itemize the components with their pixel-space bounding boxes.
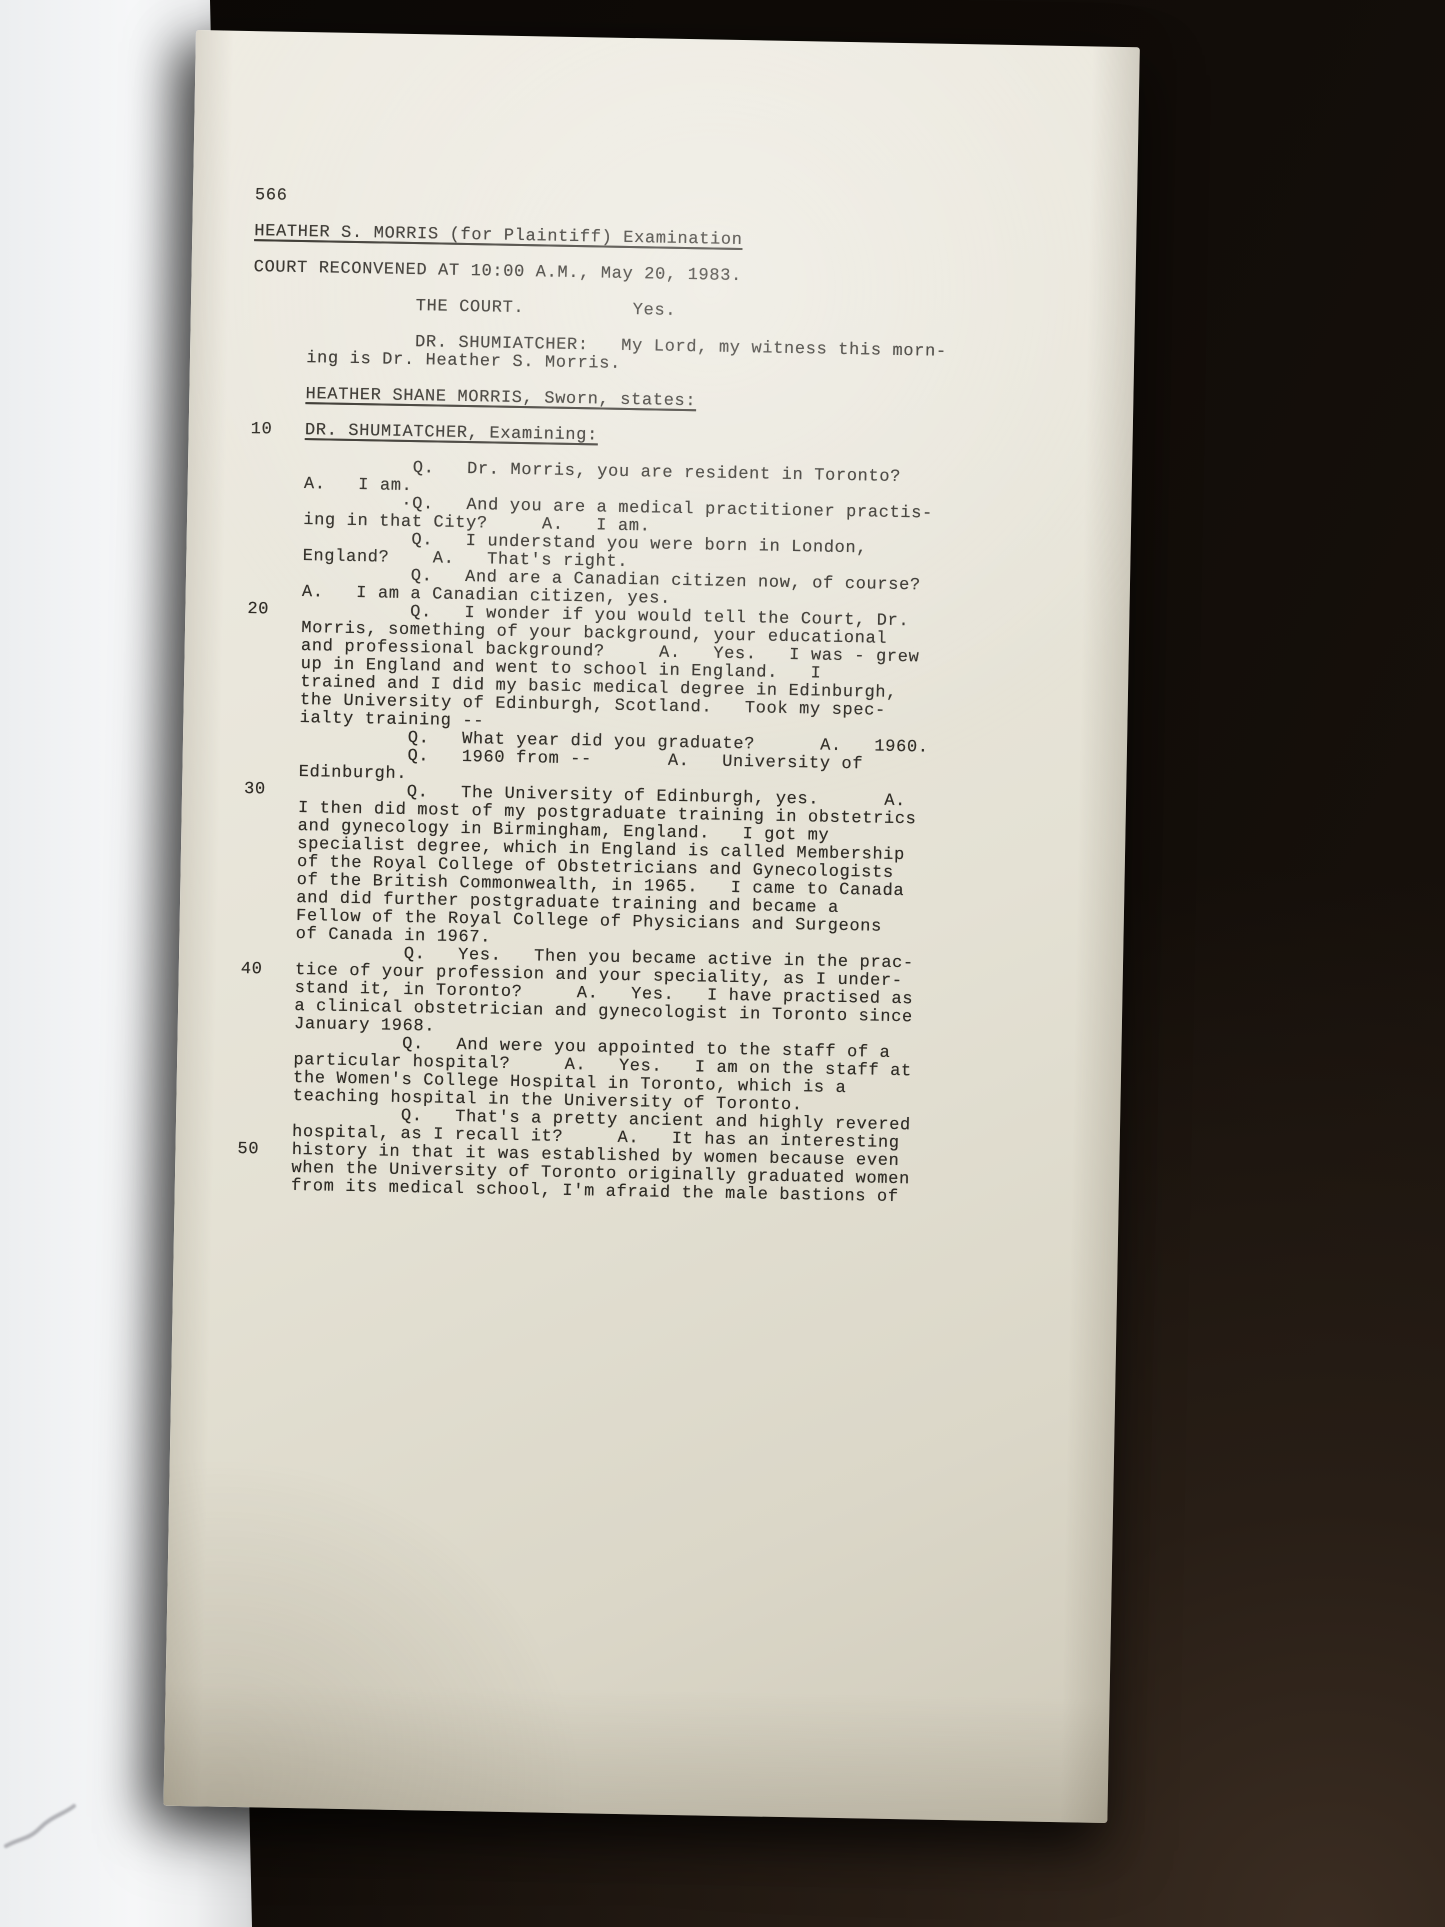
line-number: 50	[237, 1140, 259, 1159]
line-number: 30	[244, 780, 266, 799]
line-number: 20	[247, 600, 269, 619]
line-number: 40	[241, 960, 263, 979]
transcript-page: 566HEATHER S. MORRIS (for Plaintiff) Exa…	[163, 30, 1139, 1823]
pen-scribble-mark	[2, 1768, 102, 1858]
line-text: 566	[255, 186, 288, 206]
transcript-text: 566HEATHER S. MORRIS (for Plaintiff) Exa…	[237, 187, 950, 1208]
line-number: 10	[251, 420, 273, 439]
